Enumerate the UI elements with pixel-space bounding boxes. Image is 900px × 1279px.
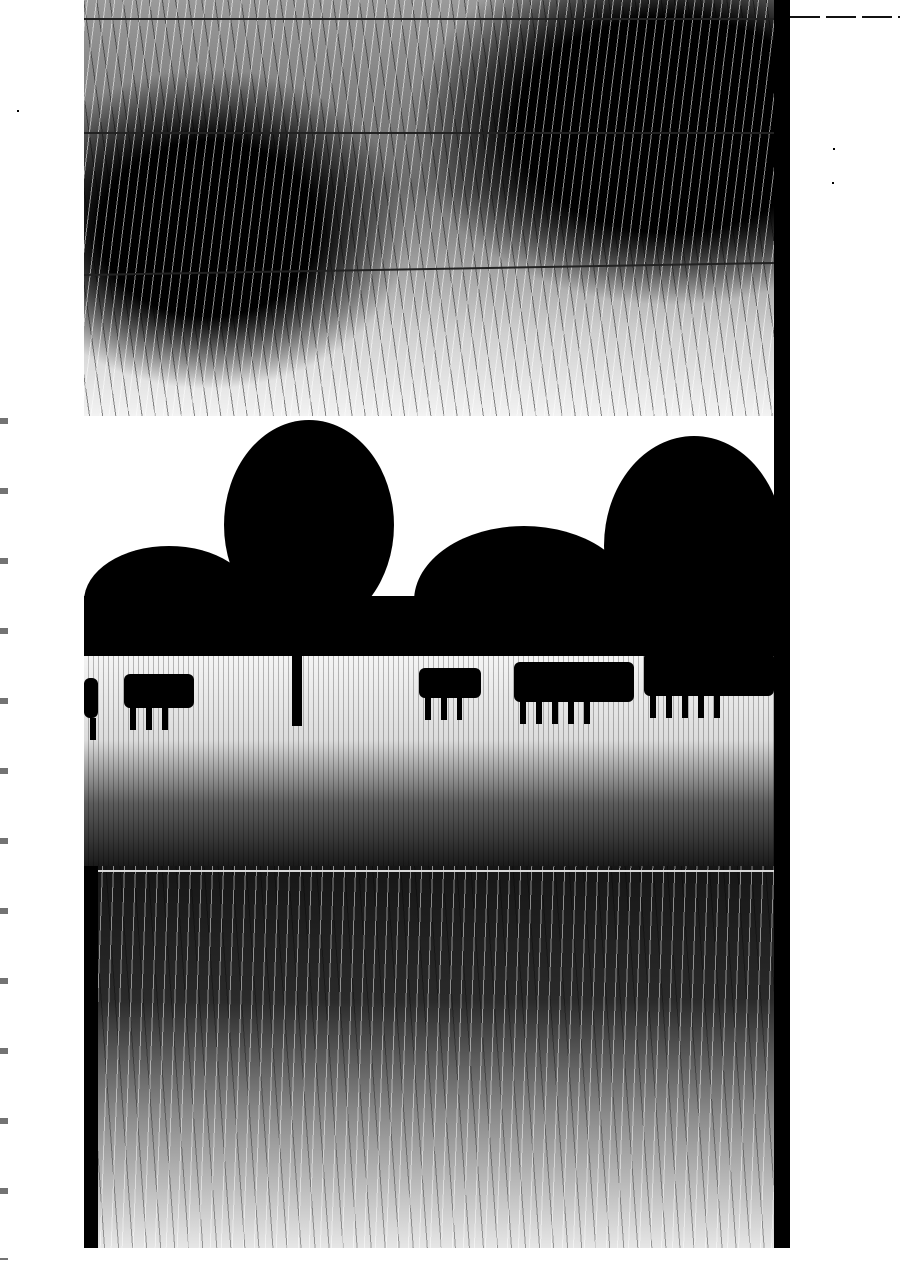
photo-panel-grass: [98, 866, 788, 1248]
fence-wire: [84, 262, 774, 276]
tree: [84, 546, 254, 656]
scanned-page: [0, 0, 900, 1279]
cow: [419, 668, 481, 698]
tree: [414, 526, 634, 676]
scan-speck: [833, 148, 835, 150]
scan-speck: [832, 182, 834, 184]
photo-border: [774, 0, 790, 1248]
fence-wire: [84, 132, 774, 134]
fence-wire: [84, 18, 774, 20]
tree: [604, 436, 774, 656]
cow: [84, 678, 98, 718]
scan-edge-marks: [0, 380, 8, 1260]
photo-collage: [84, 0, 788, 1248]
scan-speck: [17, 110, 19, 112]
fence-wire: [98, 870, 788, 872]
cow: [124, 674, 194, 708]
scan-rule-line: [790, 16, 900, 18]
photo-panel-cattle-pasture: [84, 416, 774, 866]
cow-group: [644, 652, 774, 696]
tree-trunk: [292, 616, 302, 726]
photo-panel-tall-grass: [84, 0, 774, 416]
cow-group: [514, 662, 634, 702]
